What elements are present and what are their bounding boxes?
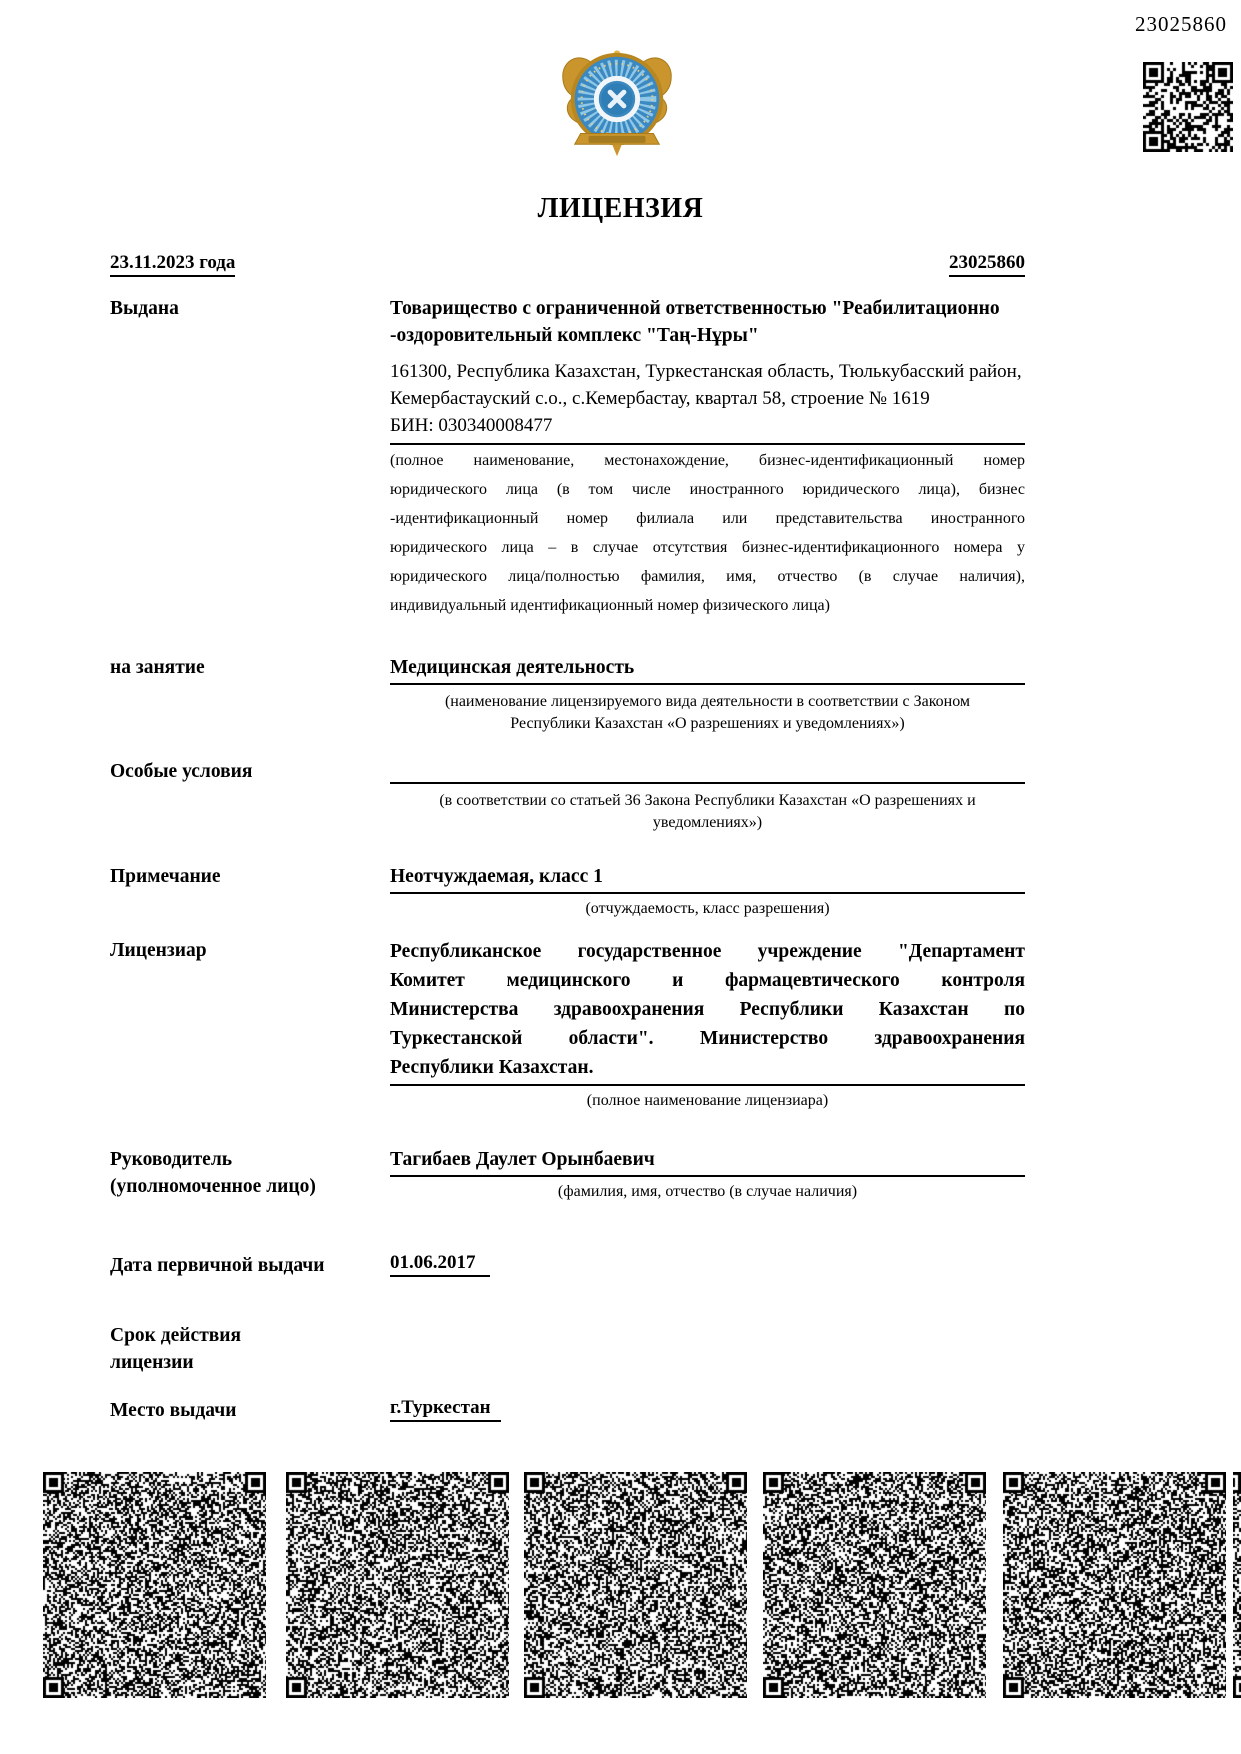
emblem-ribbon-tail: [612, 144, 622, 156]
license-document-page: 23025860 ЛИЦЕНЗИЯ 23.11.2023 года 230258…: [0, 0, 1241, 1754]
matrix-barcode-icon: [763, 1472, 986, 1698]
licensee-name-line: Товарищество с ограниченной ответственно…: [390, 295, 1025, 322]
special-conditions-value-area: (в соответствии со статьей 36 Закона Рес…: [390, 758, 1025, 833]
section-special-conditions: Особые условия (в соответствии со статье…: [110, 758, 1025, 833]
place-value: г.Туркестан: [390, 1397, 501, 1422]
matrix-barcode-icon: [43, 1472, 266, 1698]
validity-label-line: Срок действия: [110, 1322, 380, 1349]
matrix-barcode-icon: [1003, 1472, 1226, 1698]
licensee-name: Товарищество с ограниченной ответственно…: [390, 295, 1025, 349]
section-note: Примечание Неотчуждаемая, класс 1 (отчуж…: [110, 863, 1025, 920]
section-issued-to: Выдана Товарищество с ограниченной ответ…: [110, 295, 1025, 620]
special-conditions-label: Особые условия: [110, 758, 390, 785]
section-licensor: Лицензиар Республиканское государственно…: [110, 937, 1025, 1112]
document-title: ЛИЦЕНЗИЯ: [0, 193, 1241, 225]
document-number-top: 23025860: [1135, 12, 1227, 37]
validity-label-line: лицензии: [110, 1349, 380, 1376]
head-value-area: Тагибаев Даулет Орынбаевич (фамилия, имя…: [390, 1146, 1025, 1203]
licensor-line: Комитет медицинского и фармацевтического…: [390, 966, 1025, 995]
fineprint-line: юридического лица (в том числе иностранн…: [390, 475, 1025, 504]
licensor-line: Министерства здравоохранения Республики …: [390, 995, 1025, 1024]
fineprint-line: (полное наименование, местонахождение, б…: [390, 446, 1025, 475]
licensor-value-area: Республиканское государственное учрежден…: [390, 937, 1025, 1112]
special-conditions-value: [390, 758, 1025, 784]
document-body: 23.11.2023 года 23025860 Выдана Товарище…: [110, 252, 1025, 1424]
qr-code-icon: [1143, 62, 1233, 152]
issue-line: 23.11.2023 года 23025860: [110, 252, 1025, 277]
licensee-name-line: -оздоровительный комплекс "Таң-Нұры": [390, 322, 1025, 349]
head-value: Тагибаев Даулет Орынбаевич: [390, 1146, 1025, 1177]
fineprint-line: юридического лица/полностью фамилия, имя…: [390, 562, 1025, 591]
licensor-label: Лицензиар: [110, 937, 390, 964]
licensor-value: Республиканское государственное учрежден…: [390, 937, 1025, 1086]
issued-to-label: Выдана: [110, 295, 390, 322]
licensee-address-block: 161300, Республика Казахстан, Туркестанс…: [390, 358, 1025, 439]
section-validity: Срок действия лицензии: [110, 1322, 1025, 1376]
section-place: Место выдачи г.Туркестан: [110, 1397, 1025, 1424]
activity-value-area: Медицинская деятельность (наименование л…: [390, 654, 1025, 734]
section-activity: на занятие Медицинская деятельность (наи…: [110, 654, 1025, 734]
matrix-barcode-icon: [524, 1472, 747, 1698]
section-first-issue: Дата первичной выдачи 01.06.2017: [110, 1252, 1025, 1279]
issued-to-value-area: Товарищество с ограниченной ответственно…: [390, 295, 1025, 620]
licensor-line: Туркестанской области". Министерство здр…: [390, 1024, 1025, 1053]
place-label: Место выдачи: [110, 1397, 390, 1424]
activity-label: на занятие: [110, 654, 390, 681]
activity-value: Медицинская деятельность: [390, 654, 1025, 685]
fineprint-line: -идентификационный номер филиала или пре…: [390, 504, 1025, 533]
matrix-barcode-partial-icon: [1233, 1472, 1241, 1698]
first-issue-label: Дата первичной выдачи: [110, 1252, 390, 1279]
issue-date: 23.11.2023 года: [110, 252, 235, 277]
special-conditions-caption: (в соответствии со статьей 36 Закона Рес…: [438, 790, 978, 833]
section-head: Руководитель (уполномоченное лицо) Тагиб…: [110, 1146, 1025, 1203]
place-value-area: г.Туркестан: [390, 1397, 1025, 1422]
matrix-barcode-icon: [286, 1472, 509, 1698]
head-label-line: Руководитель: [110, 1146, 380, 1173]
licensor-caption: (полное наименование лицензиара): [438, 1090, 978, 1112]
head-caption: (фамилия, имя, отчество (в случае наличи…: [438, 1181, 978, 1203]
licensee-address: 161300, Республика Казахстан, Туркестанс…: [390, 358, 1025, 412]
activity-caption: (наименование лицензируемого вида деятел…: [438, 691, 978, 734]
first-issue-value: 01.06.2017: [390, 1252, 490, 1277]
first-issue-value-area: 01.06.2017: [390, 1252, 1025, 1277]
kazakhstan-emblem-icon: [553, 42, 681, 162]
fineprint-line: юридического лица – в случае отсутствия …: [390, 533, 1025, 562]
note-value-area: Неотчуждаемая, класс 1 (отчуждаемость, к…: [390, 863, 1025, 920]
signature-codes-row: [0, 1472, 1241, 1698]
fineprint-line: индивидуальный идентификационный номер ф…: [390, 591, 1025, 620]
head-label: Руководитель (уполномоченное лицо): [110, 1146, 390, 1200]
validity-label: Срок действия лицензии: [110, 1322, 390, 1376]
note-label: Примечание: [110, 863, 390, 890]
note-caption: (отчуждаемость, класс разрешения): [438, 898, 978, 920]
licensor-line: Республики Казахстан.: [390, 1053, 1025, 1082]
note-value: Неотчуждаемая, класс 1: [390, 863, 1025, 894]
license-number: 23025860: [949, 252, 1025, 277]
licensor-line: Республиканское государственное учрежден…: [390, 937, 1025, 966]
field-rule: [390, 443, 1025, 445]
head-label-line: (уполномоченное лицо): [110, 1173, 380, 1200]
issued-to-fineprint: (полное наименование, местонахождение, б…: [390, 446, 1025, 620]
emblem-ribbon-band: [588, 136, 645, 143]
licensee-bin: БИН: 030340008477: [390, 412, 1025, 439]
